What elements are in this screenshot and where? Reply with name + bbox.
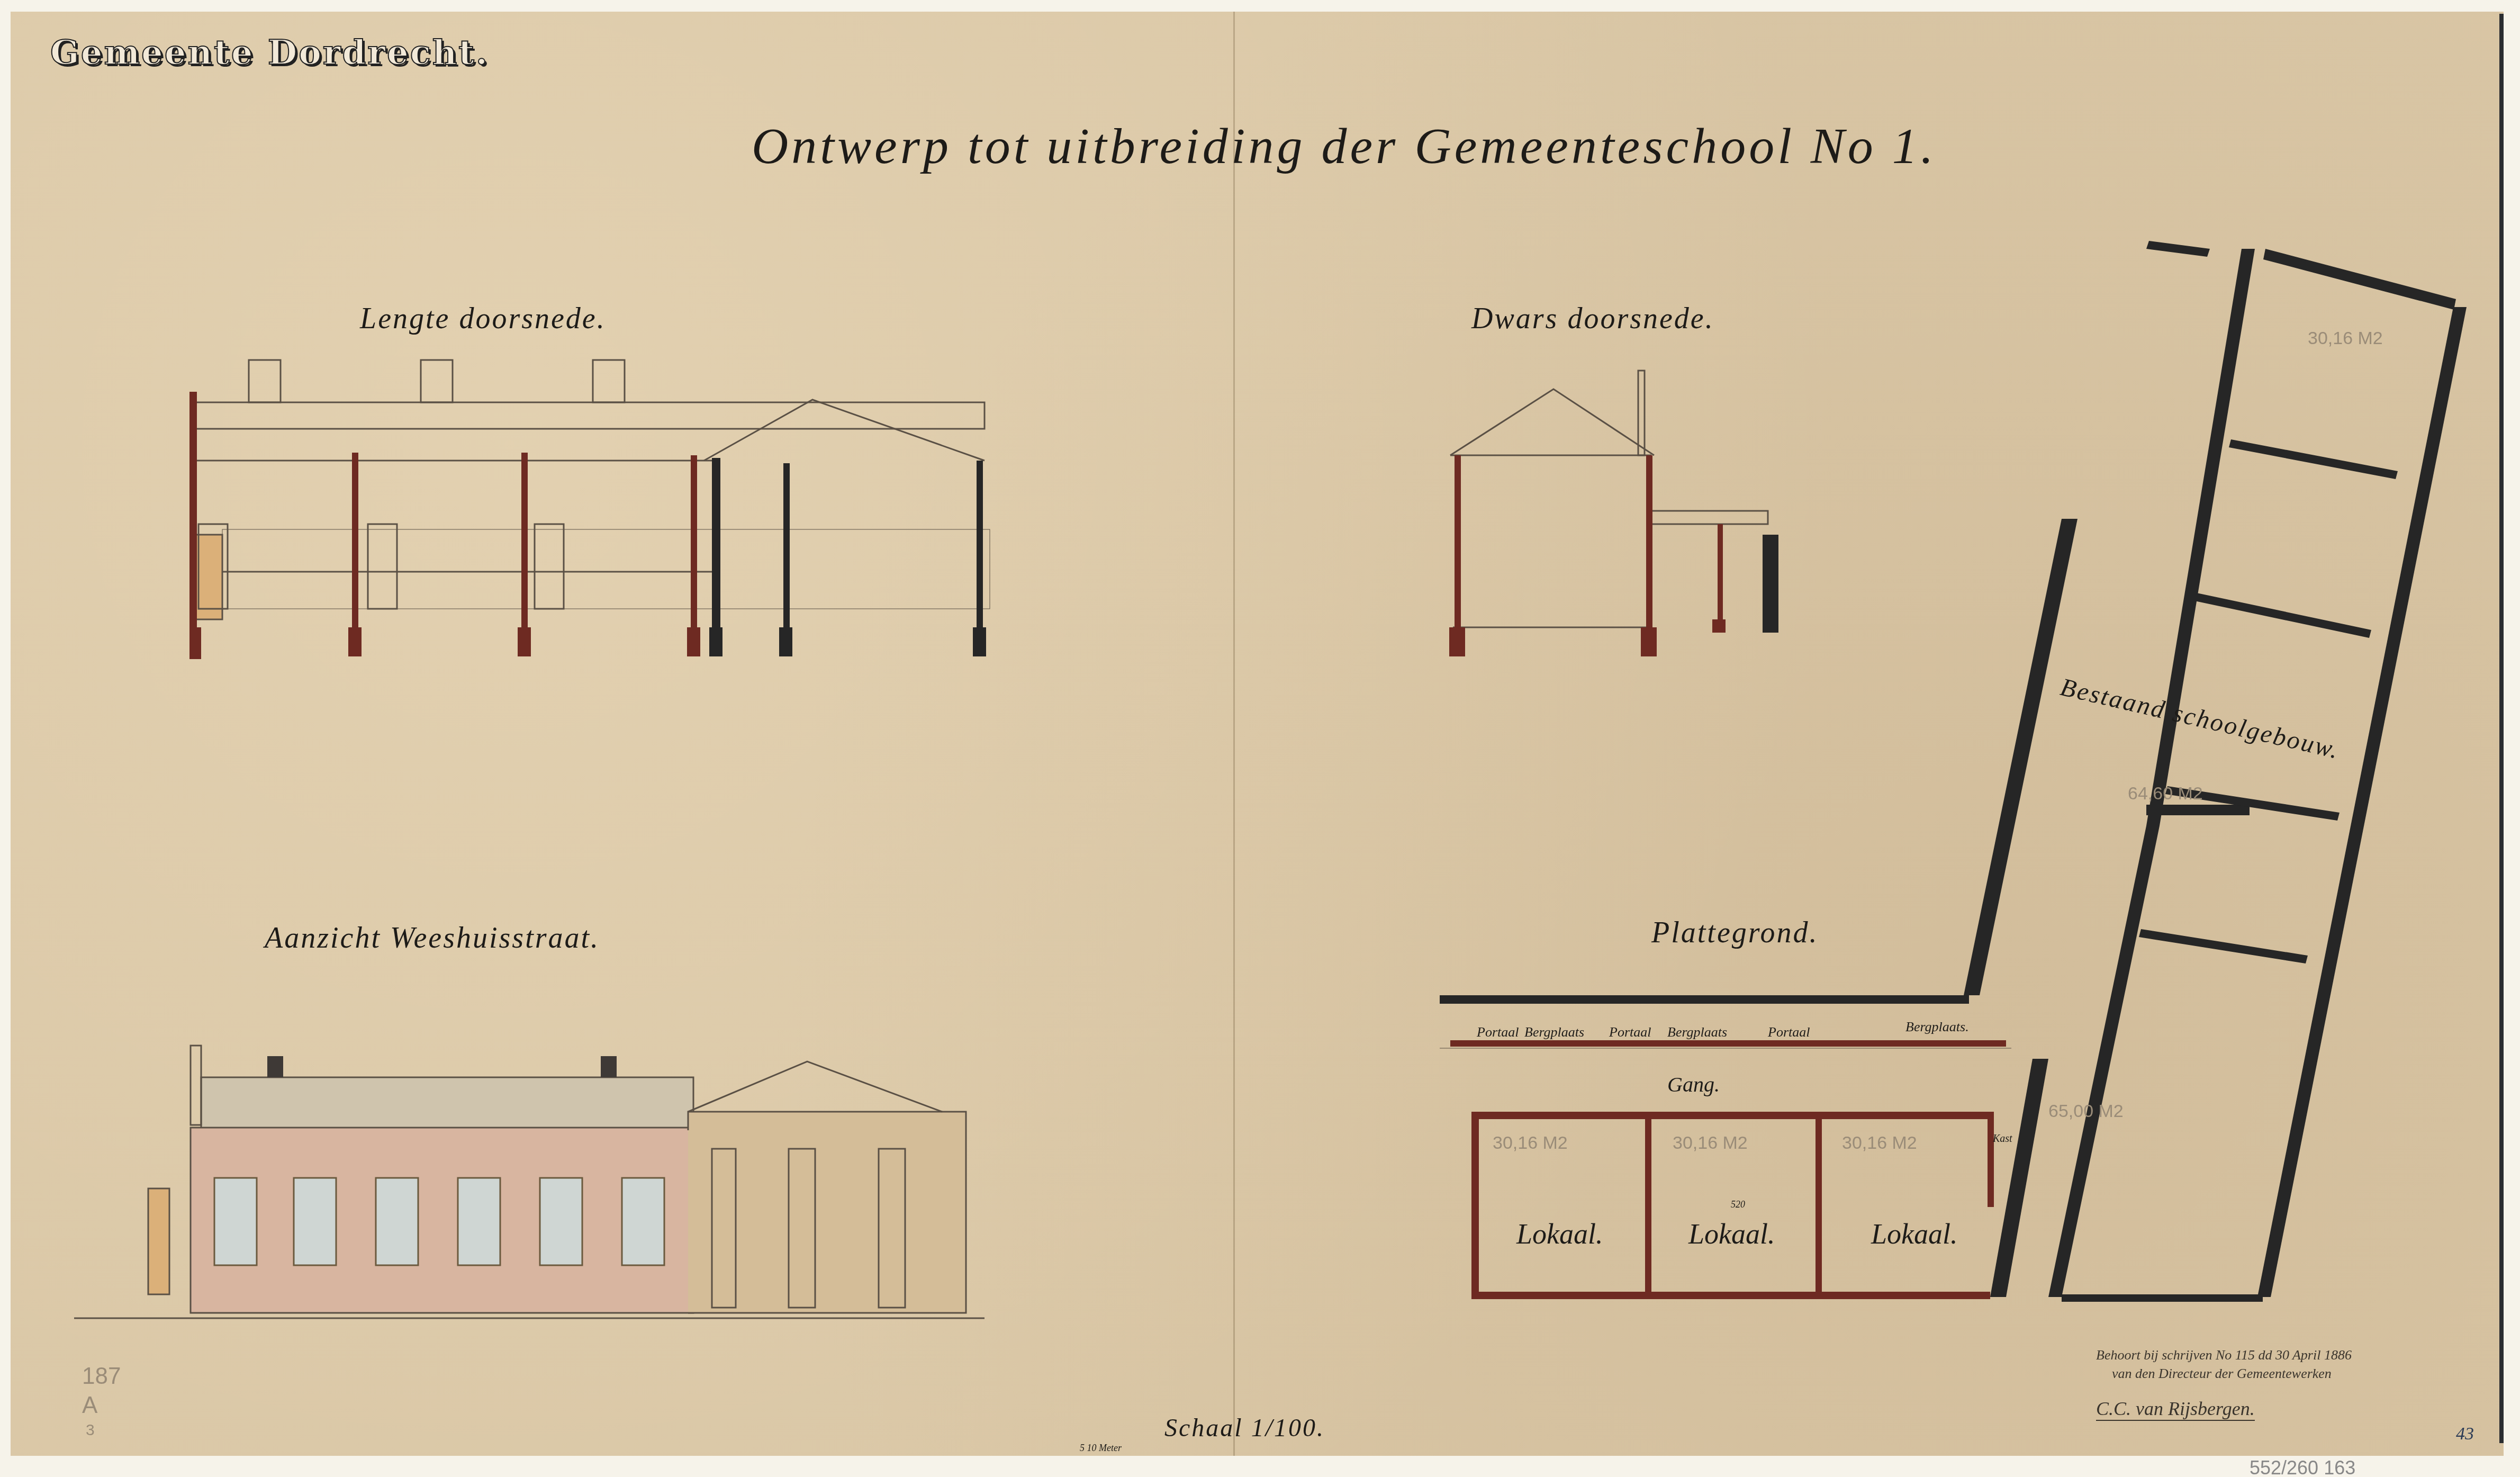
drawing-linework (0, 0, 2520, 1477)
annotation-line-2: van den Directeur der Gemeentewerken (2112, 1366, 2332, 1382)
signature: C.C. van Rijsbergen. (2096, 1398, 2255, 1421)
area-note-4: 30,16 M2 (2308, 328, 2383, 349)
municipality-header: Gemeente Dordrecht. (50, 33, 489, 73)
label-portaal-1: Portaal (1477, 1024, 1519, 1040)
label-bergplaats-3: Bergplaats. (1905, 1019, 1969, 1035)
label-floor-plan: Plattegrond. (1651, 916, 1818, 950)
scale-label: Schaal 1/100. (1164, 1413, 1325, 1443)
annotation-line-1: Behoort bij schrijven No 115 dd 30 April… (2096, 1347, 2352, 1363)
sheet-number: 43 (2456, 1424, 2474, 1444)
area-note-6: 64,60 M2 (2128, 783, 2203, 804)
label-portaal-2: Portaal (1609, 1024, 1651, 1040)
pencil-note-187: 187 (82, 1363, 121, 1390)
label-corridor: Gang. (1667, 1072, 1720, 1097)
dimension-520: 520 (1731, 1199, 1745, 1210)
label-elevation: Aanzicht Weeshuisstraat. (265, 921, 600, 955)
area-note-1: 30,16 M2 (1493, 1133, 1568, 1154)
label-classroom-1: Lokaal. (1516, 1218, 1603, 1250)
label-closet: Kast (1993, 1133, 2012, 1145)
pencil-note-3: 3 (86, 1421, 95, 1439)
archive-stamp: 552/260 163 (2250, 1457, 2355, 1477)
label-bergplaats-1: Bergplaats (1524, 1024, 1584, 1040)
area-note-3: 30,16 M2 (1842, 1133, 1917, 1154)
label-cross-section: Dwars doorsnede. (1471, 302, 1714, 336)
label-longitudinal-section: Lengte doorsnede. (360, 302, 606, 336)
label-bergplaats-2: Bergplaats (1667, 1024, 1727, 1040)
area-note-2: 30,16 M2 (1673, 1133, 1748, 1154)
area-note-7: 65,00 M2 (2048, 1101, 2124, 1122)
pencil-note-a: A (82, 1392, 97, 1419)
scale-ticks: 5 10 Meter (1080, 1443, 1122, 1454)
label-classroom-3: Lokaal. (1871, 1218, 1958, 1250)
label-classroom-2: Lokaal. (1688, 1218, 1775, 1250)
label-portaal-3: Portaal (1768, 1024, 1810, 1040)
drawing-title: Ontwerp tot uitbreiding der Gemeentescho… (752, 116, 1937, 175)
